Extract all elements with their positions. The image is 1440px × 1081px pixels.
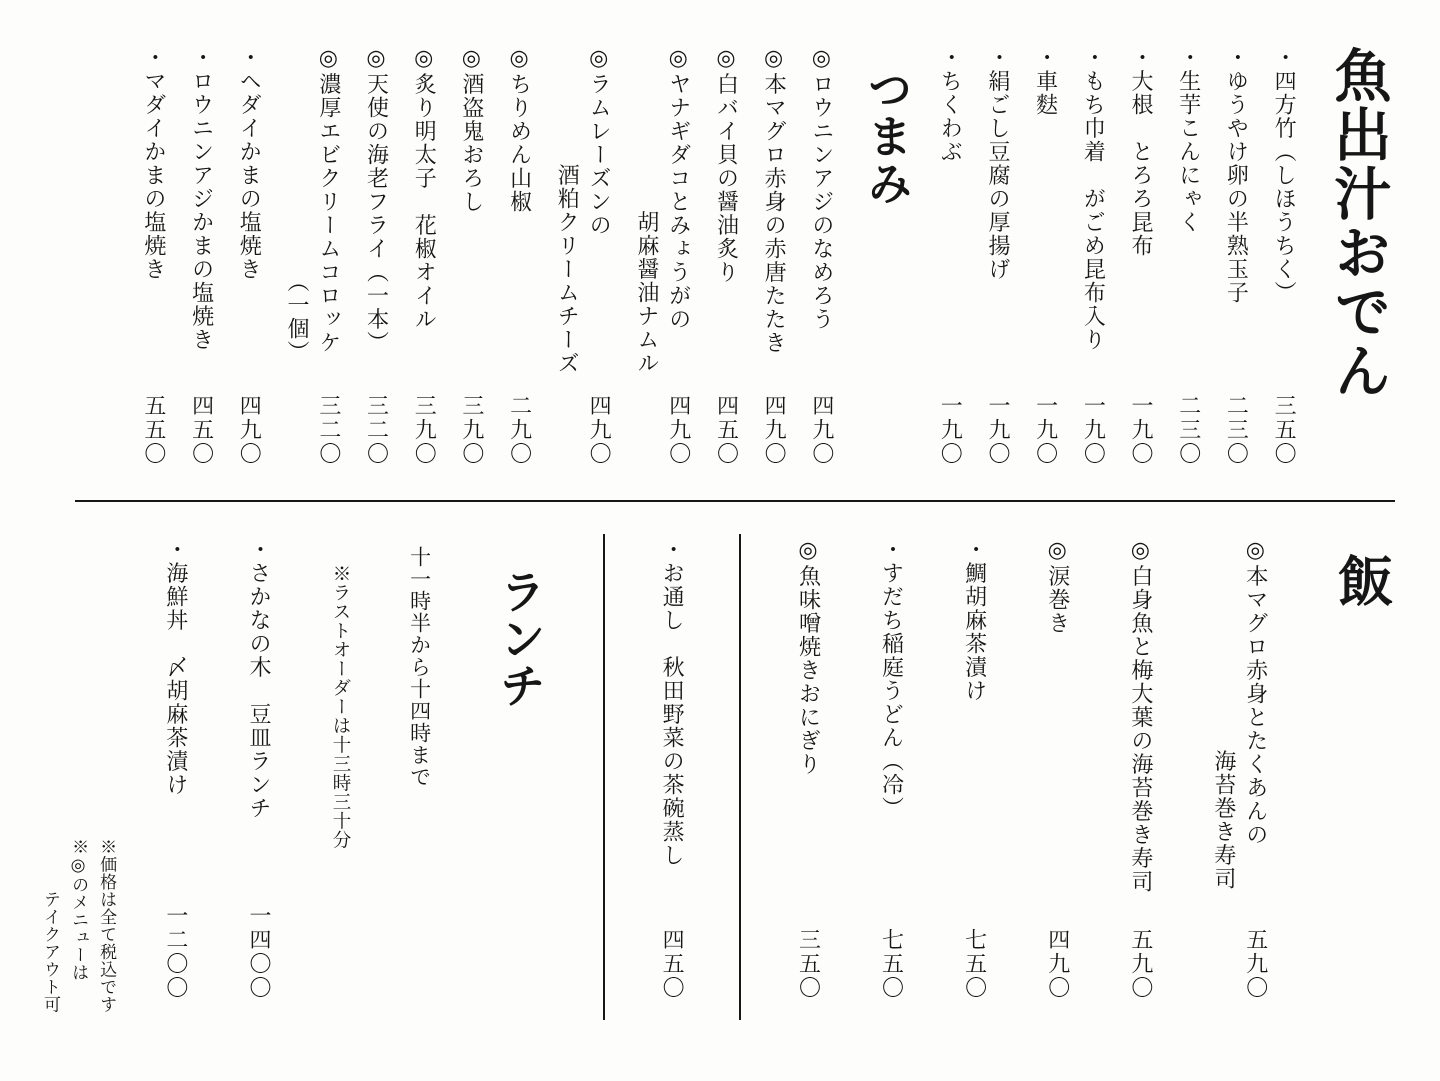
menu-item-price: 一九〇: [982, 394, 1014, 466]
menu-item-name: ◎天使の海老フライ（一本）: [361, 46, 393, 355]
menu-item: ◎ラムレーズンの 酒粕クリームチーズ四九〇: [551, 46, 615, 466]
section-title: ランチ: [486, 538, 552, 1000]
menu-item-price: 七五〇: [876, 928, 908, 1000]
menu-item: ◎本マグロ赤身とたくあんの 海苔巻き寿司五九〇: [1208, 538, 1272, 1000]
menu-item-name: ・ちくわぶ: [934, 46, 966, 164]
menu-item-name: ・四方竹（しほうちく）: [1268, 46, 1300, 305]
menu-item-price: 三九〇: [456, 394, 488, 466]
menu-item: ・生芋こんにゃく二三〇: [1173, 46, 1205, 466]
menu-item-price: 四九〇: [758, 394, 790, 466]
section-title: 魚出汁おでん: [1316, 46, 1398, 466]
menu-item: ・車麩一九〇: [1030, 46, 1062, 466]
menu-item: ◎白身魚と梅大葉の海苔巻き寿司五九〇: [1125, 538, 1157, 1000]
lunch-hours-note: ※ラストオーダーは十三時三十分: [326, 538, 353, 1000]
menu-item-price: 四五〇: [186, 394, 218, 466]
section-title: つまみ: [854, 46, 919, 466]
menu-item-name: ・生芋こんにゃく: [1173, 46, 1205, 234]
menu-item-name: ・ゆうやけ卵の半熟玉子: [1221, 46, 1253, 305]
menu-item-name: ・車麩: [1030, 46, 1062, 117]
menu-item-price: 一四〇〇: [243, 904, 275, 1000]
menu-item: ・ヘダイかまの塩焼き四九〇: [233, 46, 265, 466]
menu-item-price: 一二〇〇: [160, 904, 192, 1000]
menu-item-price: 一九〇: [1125, 394, 1157, 466]
vertical-divider: [739, 534, 741, 1020]
menu-item-name: ◎濃厚エビクリームコロッケ （一個）: [281, 46, 345, 364]
menu-item: ・ロウニンアジかまの塩焼き四五〇: [186, 46, 218, 466]
menu-item-name: ◎本マグロ赤身の赤唐たたき: [758, 46, 790, 355]
menu-item-name: ◎酒盗鬼おろし: [456, 46, 488, 214]
menu-item: ◎天使の海老フライ（一本）三二〇: [361, 46, 393, 466]
menu-item: ◎濃厚エビクリームコロッケ （一個）三二〇: [281, 46, 345, 466]
menu-item-price: 一九〇: [934, 394, 966, 466]
menu-item-name: ・お通し 秋田野菜の茶碗蒸し: [656, 538, 688, 867]
menu-item: ◎白バイ貝の醤油炙り四五〇: [711, 46, 743, 466]
lunch-hours-note: 十一時半から十四時まで: [404, 538, 434, 1000]
menu-item: ◎涙巻き四九〇: [1042, 538, 1074, 1000]
menu-item-price: 五九〇: [1125, 928, 1157, 1000]
menu-item-name: ・もち巾着 がごめ昆布入り: [1077, 46, 1109, 352]
menu-item: ・絹ごし豆腐の厚揚げ一九〇: [982, 46, 1014, 466]
menu-item-price: 二三〇: [1173, 394, 1205, 466]
menu-item-name: ◎ヤナギダコとみょうがの 胡麻醤油ナムル: [631, 46, 695, 375]
menu-item-name: ◎ちりめん山椒: [504, 46, 536, 214]
menu-item-price: 四九〇: [663, 394, 695, 466]
menu-item-price: 三九〇: [408, 394, 440, 466]
menu-item-name: ◎涙巻き: [1042, 538, 1074, 635]
menu-item: ・四方竹（しほうちく）三五〇: [1268, 46, 1300, 466]
note-text: 十一時半から十四時まで: [404, 546, 434, 788]
menu-item-price: 一九〇: [1077, 394, 1109, 466]
menu-item-name: ◎白身魚と梅大葉の海苔巻き寿司: [1125, 538, 1157, 894]
menu-item-price: 四九〇: [233, 394, 265, 466]
vertical-divider: [603, 534, 605, 1020]
menu-item-price: 五五〇: [138, 394, 170, 466]
rice-lunch-section: 飯◎本マグロ赤身とたくあんの 海苔巻き寿司五九〇◎白身魚と梅大葉の海苔巻き寿司五…: [0, 502, 1440, 1000]
menu-item: ◎魚味噌焼きおにぎり三五〇: [793, 538, 825, 1000]
menu-item: ◎本マグロ赤身の赤唐たたき四九〇: [758, 46, 790, 466]
menu-item: ・ちくわぶ一九〇: [934, 46, 966, 466]
menu-item-name: ◎本マグロ赤身とたくあんの 海苔巻き寿司: [1208, 538, 1272, 891]
menu-item: ◎酒盗鬼おろし三九〇: [456, 46, 488, 466]
menu-item-price: 四九〇: [583, 394, 615, 466]
menu-item: ・ゆうやけ卵の半熟玉子二三〇: [1221, 46, 1253, 466]
menu-item-price: 七五〇: [959, 928, 991, 1000]
menu-item-name: ◎炙り明太子 花椒オイル: [408, 46, 440, 331]
menu-item: ◎ヤナギダコとみょうがの 胡麻醤油ナムル四九〇: [631, 46, 695, 466]
menu-item-name: ◎白バイ貝の醤油炙り: [711, 46, 743, 284]
menu-item: ◎炙り明太子 花椒オイル三九〇: [408, 46, 440, 466]
menu-item: ・マダイかまの塩焼き五五〇: [138, 46, 170, 466]
menu-item-price: 四九〇: [1042, 928, 1074, 1000]
menu-item: ◎ロウニンアジのなめろう四九〇: [806, 46, 838, 466]
menu-item: ・お通し 秋田野菜の茶碗蒸し四五〇: [656, 538, 688, 1000]
oden-tsumami-section: 魚出汁おでん・四方竹（しほうちく）三五〇・ゆうやけ卵の半熟玉子二三〇・生芋こんに…: [0, 0, 1440, 466]
menu-item-price: 四九〇: [806, 394, 838, 466]
menu-item-name: ・マダイかまの塩焼き: [138, 46, 170, 281]
menu-item-price: 二九〇: [504, 394, 536, 466]
menu-item-price: 二三〇: [1221, 394, 1253, 466]
menu-item-price: 四五〇: [656, 928, 688, 1000]
menu-item-price: 四五〇: [711, 394, 743, 466]
menu-item-name: ・ヘダイかまの塩焼き: [233, 46, 265, 281]
footnote: ※価格は全て税込です ※◎のメニューは テイクアウト可: [36, 838, 120, 1013]
menu-item-price: 三二〇: [313, 394, 345, 466]
menu-item-name: ・すだち稲庭うどん（冷）: [876, 538, 908, 820]
menu-item-name: ・さかなの木 豆皿ランチ: [243, 538, 275, 820]
menu-item: ・もち巾着 がごめ昆布入り一九〇: [1077, 46, 1109, 466]
note-text: ※ラストオーダーは十三時三十分: [326, 564, 353, 849]
menu-item-name: ・絹ごし豆腐の厚揚げ: [982, 46, 1014, 281]
menu-item-name: ◎ロウニンアジのなめろう: [806, 46, 838, 331]
menu-item: ・鯛胡麻茶漬け七五〇: [959, 538, 991, 1000]
menu-item-name: ◎ラムレーズンの 酒粕クリームチーズ: [551, 46, 615, 375]
menu-item-price: 一九〇: [1030, 394, 1062, 466]
menu-item-price: 三五〇: [793, 928, 825, 1000]
section-title: 飯: [1323, 538, 1400, 1000]
menu-page: 魚出汁おでん・四方竹（しほうちく）三五〇・ゆうやけ卵の半熟玉子二三〇・生芋こんに…: [0, 0, 1440, 1081]
menu-item: ・海鮮丼 〆胡麻茶漬け一二〇〇: [160, 538, 192, 1000]
menu-item-name: ◎魚味噌焼きおにぎり: [793, 538, 825, 776]
menu-item-name: ・鯛胡麻茶漬け: [959, 538, 991, 703]
menu-item-name: ・大根 とろろ昆布: [1125, 46, 1157, 258]
menu-item-price: 三五〇: [1268, 394, 1300, 466]
menu-item-name: ・ロウニンアジかまの塩焼き: [186, 46, 218, 352]
menu-item: ・すだち稲庭うどん（冷）七五〇: [876, 538, 908, 1000]
menu-item: ◎ちりめん山椒二九〇: [504, 46, 536, 466]
menu-item-price: 五九〇: [1240, 928, 1272, 1000]
menu-item: ・大根 とろろ昆布一九〇: [1125, 46, 1157, 466]
menu-item-name: ・海鮮丼 〆胡麻茶漬け: [160, 538, 192, 797]
menu-item: ・さかなの木 豆皿ランチ一四〇〇: [243, 538, 275, 1000]
menu-item-price: 三二〇: [361, 394, 393, 466]
